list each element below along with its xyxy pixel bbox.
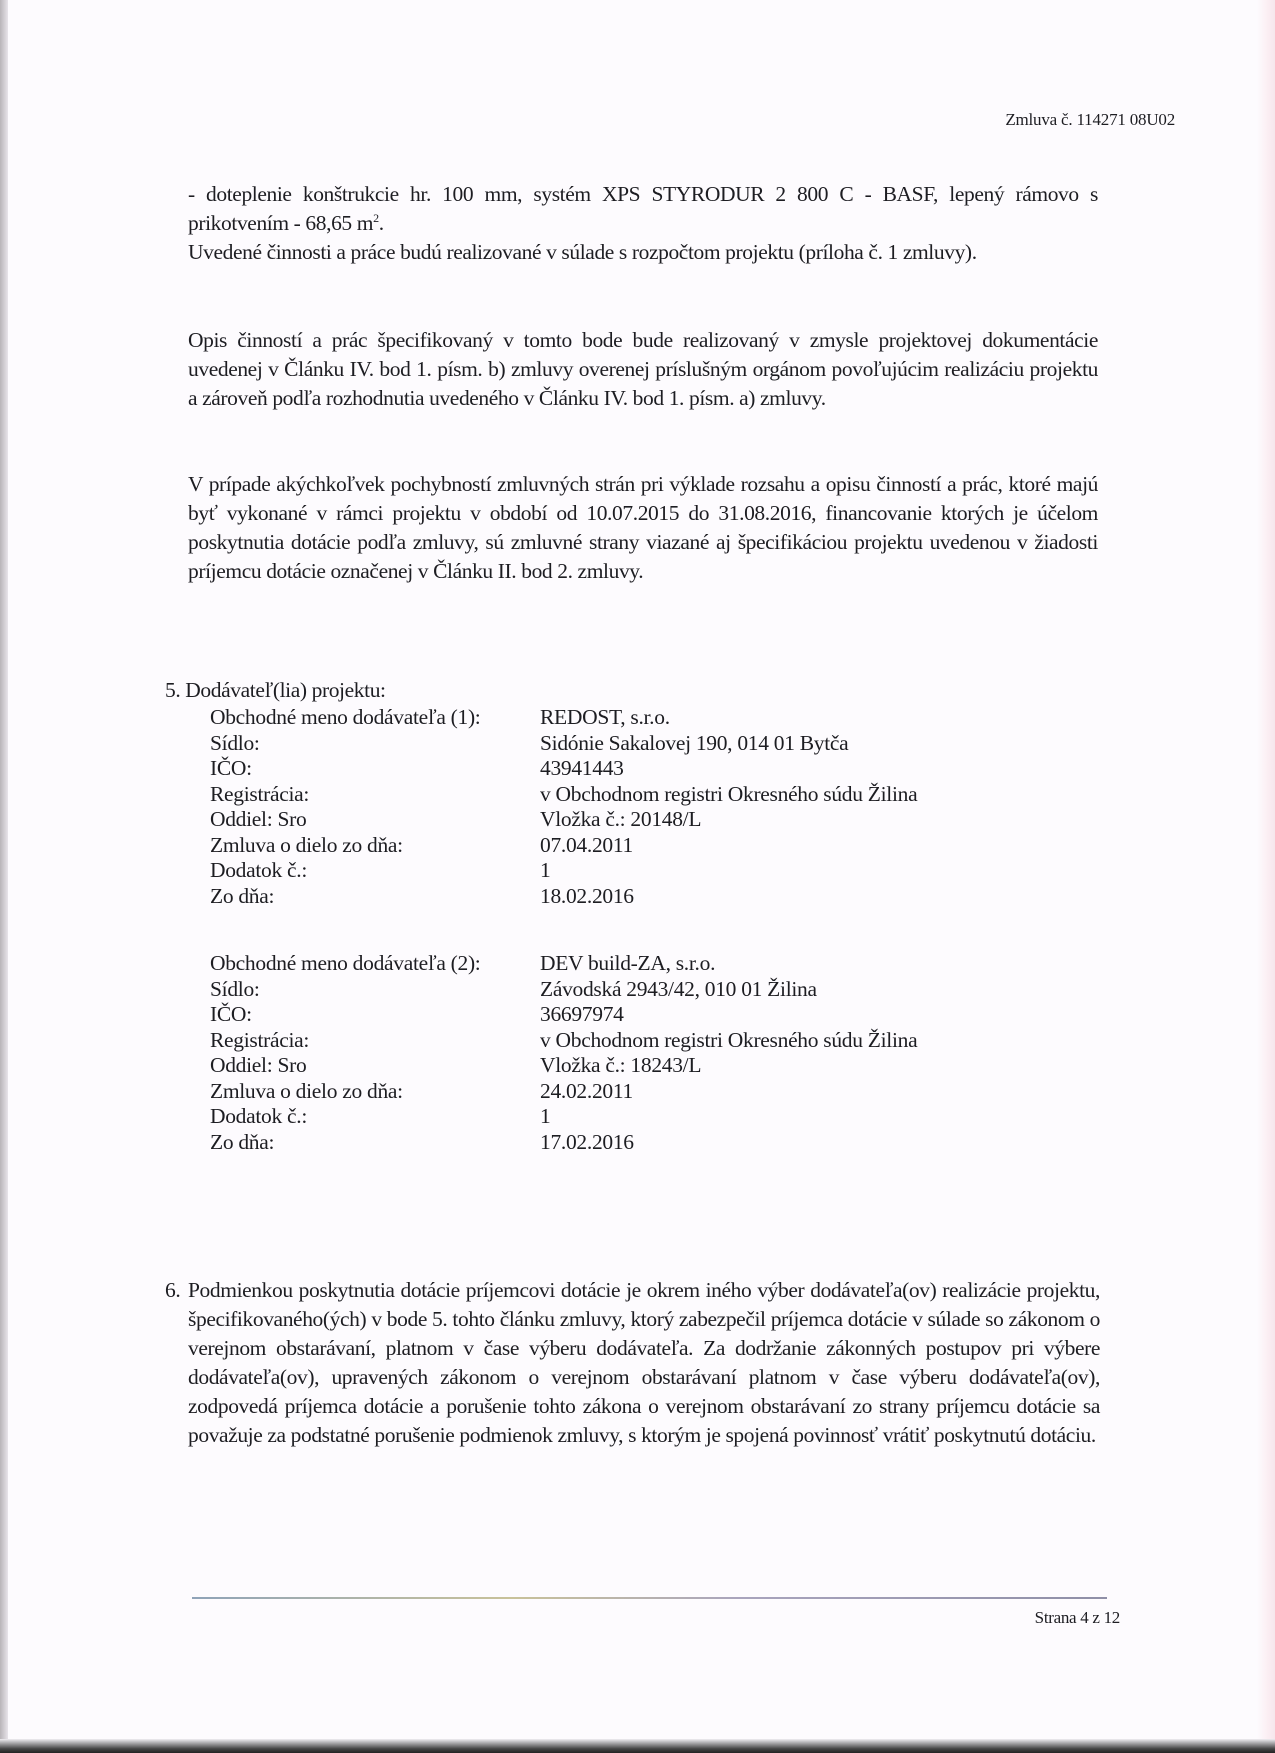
supplier-field-label: Oddiel: Sro [210,1053,540,1079]
supplier-row: Zo dňa:17.02.2016 [210,1130,1140,1156]
supplier-field-label: Registrácia: [210,1028,540,1054]
supplier-field-label: Sídlo: [210,731,540,757]
work-item-paragraph: - doteplenie konštrukcie hr. 100 mm, sys… [188,180,1098,267]
supplier-field-label: Dodatok č.: [210,1104,540,1130]
work-item-text: - doteplenie konštrukcie hr. 100 mm, sys… [188,182,1098,235]
supplier-field-label: Oddiel: Sro [210,807,540,833]
section-6-text: Podmienkou poskytnutia dotácie príjemcov… [188,1276,1100,1450]
supplier-row: Zmluva o dielo zo dňa:24.02.2011 [210,1079,1140,1105]
supplier-field-label: IČO: [210,756,540,782]
supplier-field-label: Zo dňa: [210,1130,540,1156]
section-6-number: 6. [165,1276,180,1305]
supplier-row: Registrácia:v Obchodnom registri Okresné… [210,782,1140,808]
supplier-2-table: Obchodné meno dodávateľa (2):DEV build-Z… [210,951,1140,1155]
supplier-field-label: Zmluva o dielo zo dňa: [210,833,540,859]
supplier-field-label: Dodatok č.: [210,858,540,884]
supplier-field-value: 1 [540,858,1140,884]
supplier-row: Dodatok č.:1 [210,858,1140,884]
supplier-field-value: 36697974 [540,1002,1140,1028]
supplier-row: Obchodné meno dodávateľa (2):DEV build-Z… [210,951,1140,977]
supplier-row: IČO:43941443 [210,756,1140,782]
supplier-row: Obchodné meno dodávateľa (1):REDOST, s.r… [210,705,1140,731]
budget-note: Uvedené činnosti a práce budú realizovan… [188,238,1098,267]
supplier-row: Sídlo:Závodská 2943/42, 010 01 Žilina [210,977,1140,1003]
footer-divider [192,1597,1107,1599]
supplier-field-value: 17.02.2016 [540,1130,1140,1156]
supplier-field-value: 07.04.2011 [540,833,1140,859]
supplier-field-value: 1 [540,1104,1140,1130]
supplier-field-label: Zo dňa: [210,884,540,910]
supplier-row: Sídlo:Sidónie Sakalovej 190, 014 01 Bytč… [210,731,1140,757]
description-paragraph: Opis činností a prác špecifikovaný v tom… [188,326,1098,413]
scan-edge-bottom [0,1739,1275,1753]
contract-reference: Zmluva č. 114271 08U02 [935,110,1175,130]
supplier-field-value: DEV build-ZA, s.r.o. [540,951,1140,977]
scan-edge-left [0,0,8,1753]
page-number: Strana 4 z 12 [1000,1608,1120,1628]
description-text: Opis činností a prác špecifikovaný v tom… [188,326,1098,413]
supplier-field-value: 24.02.2011 [540,1079,1140,1105]
supplier-field-value: Závodská 2943/42, 010 01 Žilina [540,977,1140,1003]
work-item-end: . [379,211,384,235]
supplier-row: IČO:36697974 [210,1002,1140,1028]
supplier-1-table: Obchodné meno dodávateľa (1):REDOST, s.r… [210,705,1140,909]
supplier-row: Zo dňa:18.02.2016 [210,884,1140,910]
doubts-text: V prípade akýchkoľvek pochybností zmluvn… [188,470,1098,586]
supplier-field-label: IČO: [210,1002,540,1028]
supplier-row: Oddiel: SroVložka č.: 18243/L [210,1053,1140,1079]
supplier-field-value: 18.02.2016 [540,884,1140,910]
supplier-field-value: Sidónie Sakalovej 190, 014 01 Bytča [540,731,1140,757]
supplier-field-value: Vložka č.: 18243/L [540,1053,1140,1079]
supplier-row: Oddiel: SroVložka č.: 20148/L [210,807,1140,833]
section-5-title: 5. Dodávateľ(lia) projektu: [165,678,386,703]
scan-edge-right [1257,0,1275,1753]
supplier-row: Dodatok č.:1 [210,1104,1140,1130]
supplier-row: Zmluva o dielo zo dňa:07.04.2011 [210,833,1140,859]
work-item-line: - doteplenie konštrukcie hr. 100 mm, sys… [188,180,1098,238]
section-6: 6. Podmienkou poskytnutia dotácie príjem… [165,1276,1100,1450]
supplier-field-value: Vložka č.: 20148/L [540,807,1140,833]
supplier-row: Registrácia:v Obchodnom registri Okresné… [210,1028,1140,1054]
supplier-field-label: Obchodné meno dodávateľa (1): [210,705,540,731]
supplier-field-label: Registrácia: [210,782,540,808]
doubts-paragraph: V prípade akýchkoľvek pochybností zmluvn… [188,470,1098,586]
supplier-field-label: Zmluva o dielo zo dňa: [210,1079,540,1105]
supplier-field-label: Sídlo: [210,977,540,1003]
supplier-field-value: 43941443 [540,756,1140,782]
supplier-field-label: Obchodné meno dodávateľa (2): [210,951,540,977]
supplier-field-value: v Obchodnom registri Okresného súdu Žili… [540,782,1140,808]
supplier-field-value: v Obchodnom registri Okresného súdu Žili… [540,1028,1140,1054]
supplier-field-value: REDOST, s.r.o. [540,705,1140,731]
